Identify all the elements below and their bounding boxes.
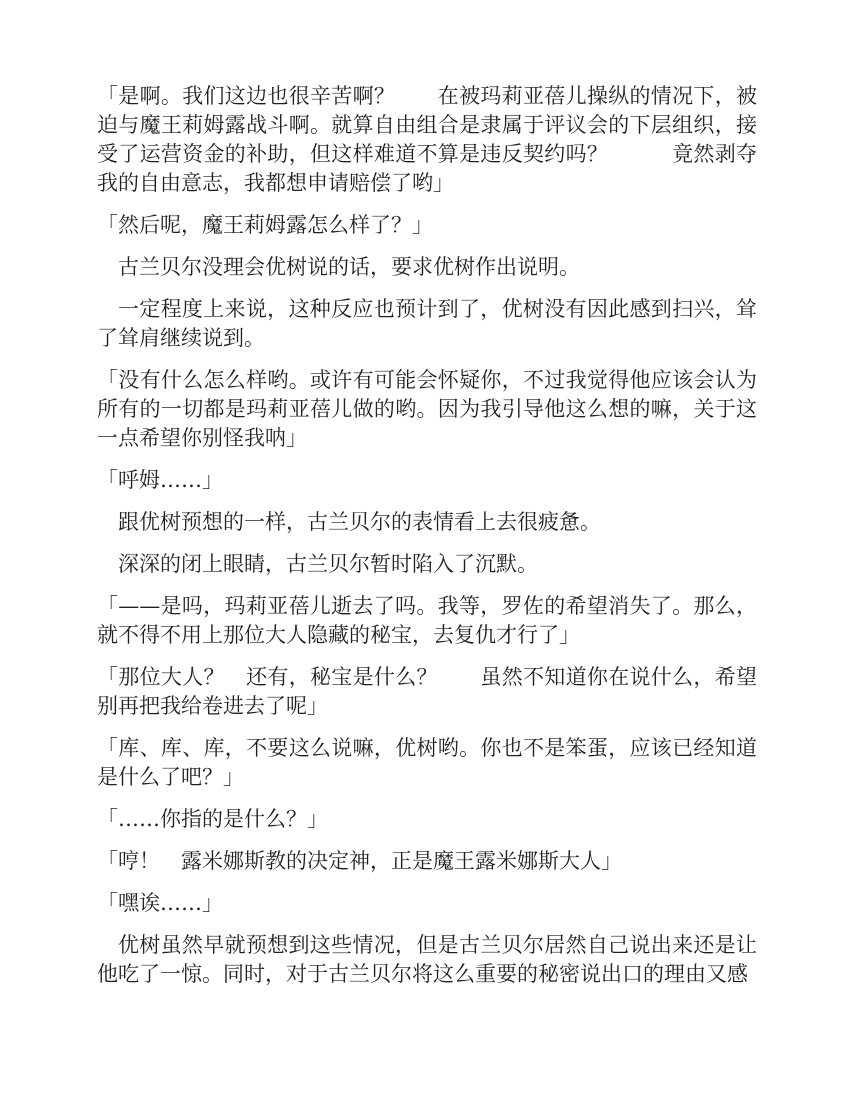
- paragraph: 一定程度上来说，这种反应也预计到了，优树没有因此感到扫兴，耸了耸肩继续说到。: [97, 295, 757, 353]
- paragraph: 「那位大人？ 还有，秘宝是什么？ 虽然不知道你在说什么，希望别再把我给卷进去了呢…: [97, 663, 757, 721]
- ebook-page: 「是啊。我们这边也很辛苦啊？ 在被玛莉亚蓓儿操纵的情况下，被迫与魔王莉姆露战斗啊…: [0, 0, 850, 1100]
- paragraph: 优树虽然早就预想到这些情况，但是古兰贝尔居然自己说出来还是让他吃了一惊。同时，对…: [97, 931, 757, 989]
- paragraph: 古兰贝尔没理会优树说的话，要求优树作出说明。: [97, 253, 757, 282]
- paragraph: 「是啊。我们这边也很辛苦啊？ 在被玛莉亚蓓儿操纵的情况下，被迫与魔王莉姆露战斗啊…: [97, 82, 757, 198]
- paragraph: 跟优树预想的一样，古兰贝尔的表情看上去很疲惫。: [97, 508, 757, 537]
- paragraph: 「嘿诶……」: [97, 889, 757, 918]
- paragraph: 「没有什么怎么样哟。或许有可能会怀疑你，不过我觉得他应该会认为所有的一切都是玛莉…: [97, 366, 757, 453]
- novel-text-body: 「是啊。我们这边也很辛苦啊？ 在被玛莉亚蓓儿操纵的情况下，被迫与魔王莉姆露战斗啊…: [97, 82, 757, 989]
- paragraph: 「——是吗，玛莉亚蓓儿逝去了吗。我等，罗佐的希望消失了。那么，就不得不用上那位大…: [97, 592, 757, 650]
- paragraph: 「库、库、库，不要这么说嘛，优树哟。你也不是笨蛋，应该已经知道是什么了吧？」: [97, 734, 757, 792]
- paragraph: 深深的闭上眼睛，古兰贝尔暂时陷入了沉默。: [97, 550, 757, 579]
- paragraph: 「哼！ 露米娜斯教的决定神，正是魔王露米娜斯大人」: [97, 847, 757, 876]
- paragraph: 「……你指的是什么？」: [97, 805, 757, 834]
- paragraph: 「呼姆……」: [97, 466, 757, 495]
- paragraph: 「然后呢，魔王莉姆露怎么样了？」: [97, 211, 757, 240]
